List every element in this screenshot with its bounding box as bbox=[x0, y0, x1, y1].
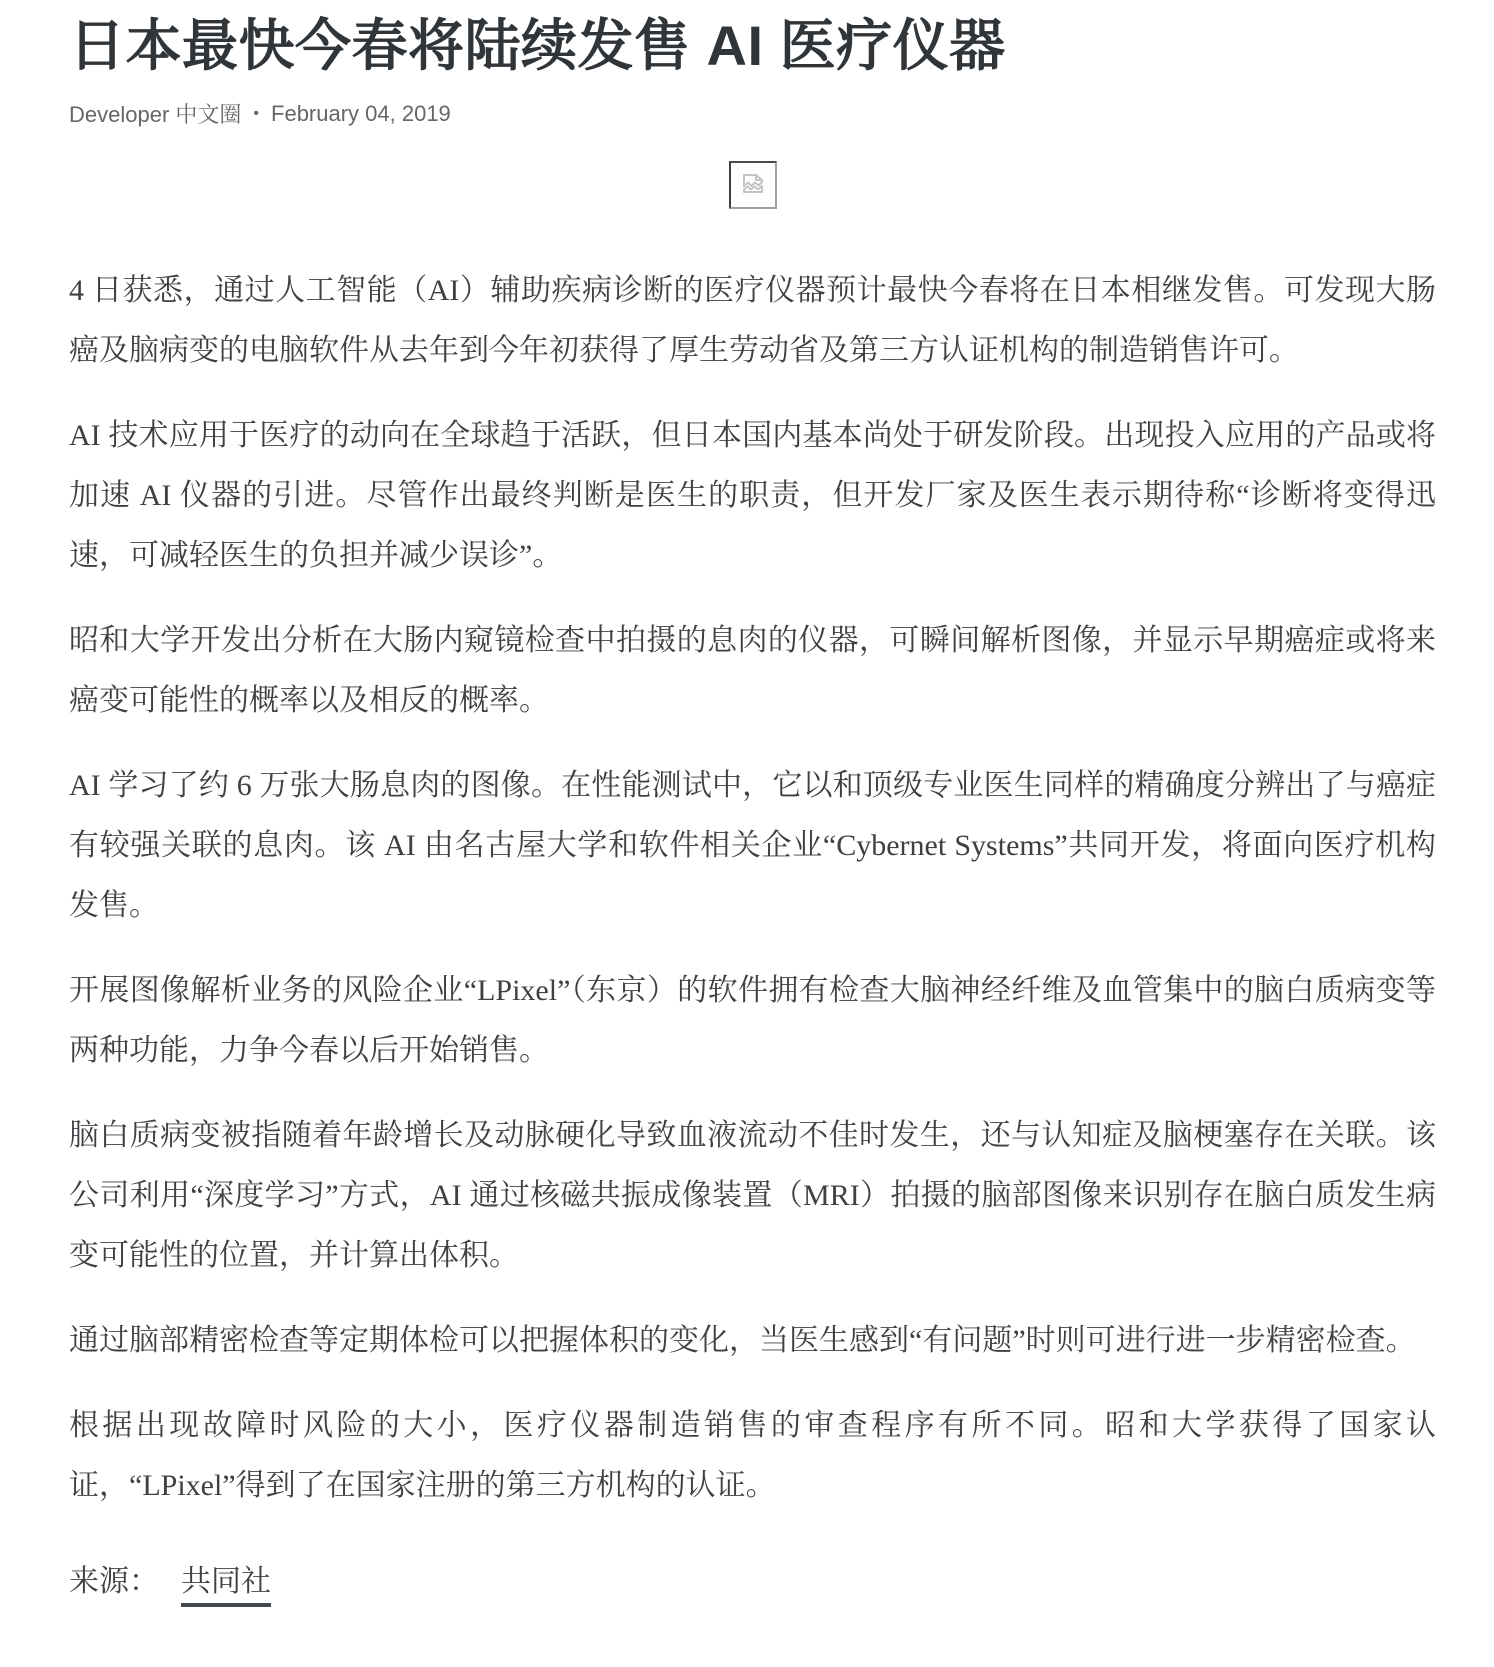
source-link-kyodo[interactable]: 共同社 bbox=[181, 1565, 271, 1607]
byline: Developer 中文圈 • February 04, 2019 bbox=[69, 98, 1436, 129]
article-paragraph: 4 日获悉，通过人工智能（AI）辅助疾病诊断的医疗仪器预计最快今春将在日本相继发… bbox=[69, 261, 1436, 381]
byline-author: Developer 中文圈 bbox=[69, 98, 241, 129]
source-label: 来源： bbox=[69, 1565, 159, 1598]
article-paragraph: AI 学习了约 6 万张大肠息肉的图像。在性能测试中，它以和顶级专业医生同样的精… bbox=[69, 756, 1436, 936]
article-paragraph: 根据出现故障时风险的大小，医疗仪器制造销售的审查程序有所不同。昭和大学获得了国家… bbox=[69, 1396, 1436, 1516]
broken-image-icon bbox=[738, 168, 768, 203]
article-figure bbox=[69, 161, 1436, 209]
article-paragraph: 昭和大学开发出分析在大肠内窥镜检查中拍摄的息肉的仪器，可瞬间解析图像，并显示早期… bbox=[69, 611, 1436, 731]
byline-separator-dot: • bbox=[253, 106, 259, 122]
article-paragraph: AI 技术应用于医疗的动向在全球趋于活跃，但日本国内基本尚处于研发阶段。出现投入… bbox=[69, 406, 1436, 586]
page-title: 日本最快今春将陆续发售 AI 医疗仪器 bbox=[69, 14, 1436, 78]
broken-image-placeholder bbox=[729, 161, 777, 209]
byline-date: February 04, 2019 bbox=[271, 101, 451, 127]
article-paragraph: 开展图像解析业务的风险企业“LPixel”（东京）的软件拥有检查大脑神经纤维及血… bbox=[69, 961, 1436, 1081]
article-paragraph: 通过脑部精密检查等定期体检可以把握体积的变化，当医生感到“有问题”时则可进行进一… bbox=[69, 1311, 1436, 1371]
article-page: 日本最快今春将陆续发售 AI 医疗仪器 Developer 中文圈 • Febr… bbox=[0, 0, 1494, 1612]
source-line: 来源：共同社 bbox=[69, 1552, 1436, 1612]
article-paragraph: 脑白质病变被指随着年龄增长及动脉硬化导致血液流动不佳时发生，还与认知症及脑梗塞存… bbox=[69, 1106, 1436, 1286]
